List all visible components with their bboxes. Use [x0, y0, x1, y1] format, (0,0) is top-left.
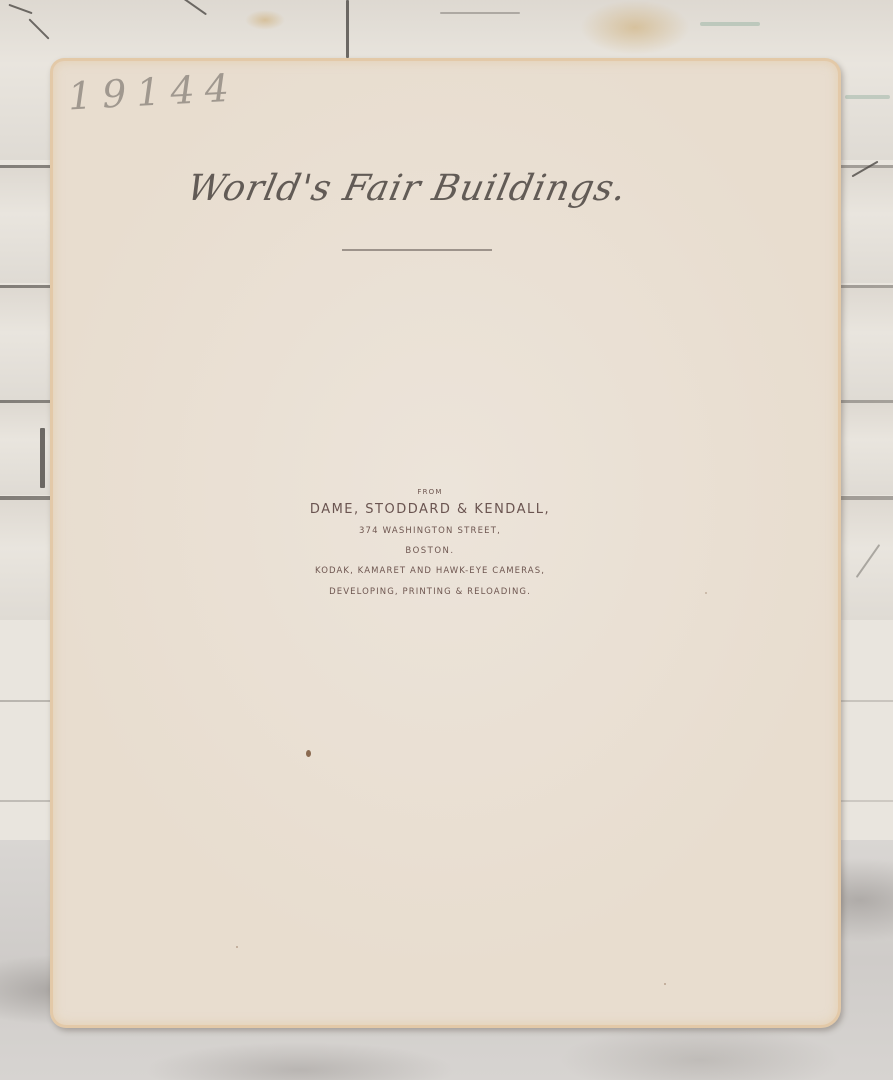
wood-paint-streak	[700, 22, 760, 26]
imprint-products: KODAK, KAMARET AND HAWK-EYE CAMERAS,	[230, 561, 630, 582]
imprint-services: DEVELOPING, PRINTING & RELOADING.	[230, 582, 630, 602]
handwritten-title: World's Fair Buildings.	[184, 168, 643, 209]
wood-paint-streak	[845, 95, 890, 99]
foxing-spot	[236, 946, 238, 948]
handwritten-catalog-number: 19144	[67, 66, 240, 119]
foxing-spot	[705, 592, 707, 594]
foxing-spot	[306, 750, 311, 757]
foxing-spot	[664, 983, 666, 985]
imprint-from: FROM	[230, 485, 630, 499]
imprint-city: BOSTON.	[230, 541, 630, 561]
wood-stain	[245, 10, 285, 30]
title-underline	[342, 249, 492, 251]
imprint-street: 374 WASHINGTON STREET,	[230, 521, 630, 541]
wood-crack	[346, 0, 349, 58]
photographer-imprint: FROM DAME, STODDARD & KENDALL, 374 WASHI…	[230, 485, 630, 602]
wood-crack	[440, 12, 520, 14]
imprint-firm-name: DAME, STODDARD & KENDALL,	[230, 499, 630, 521]
wood-stain	[580, 0, 690, 55]
wood-crack	[40, 428, 45, 488]
